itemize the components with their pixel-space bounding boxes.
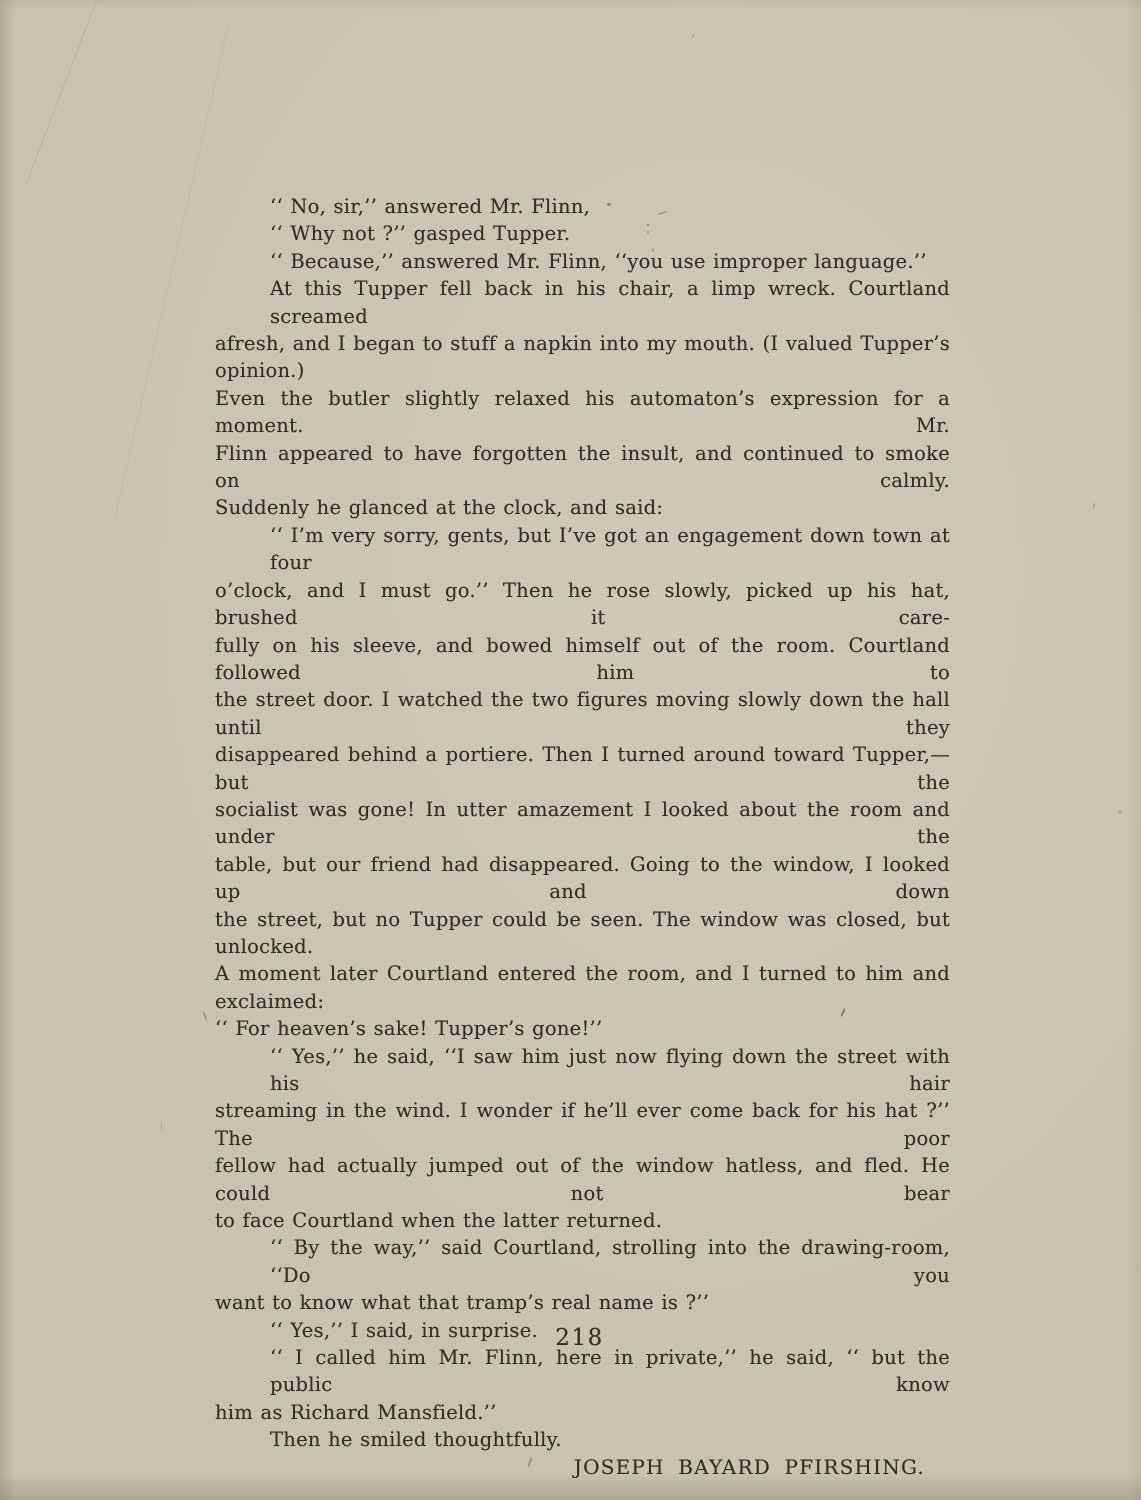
text-line: streaming in the wind. I wonder if he’ll… bbox=[215, 1097, 950, 1152]
text-line: to face Courtland when the latter return… bbox=[215, 1207, 950, 1234]
text-line: ‘‘ No, sir,’’ answered Mr. Flinn, bbox=[215, 193, 950, 220]
text-line: At this Tupper fell back in his chair, a… bbox=[215, 275, 950, 330]
paper-speck bbox=[161, 1122, 162, 1131]
text-line: the street door. I watched the two figur… bbox=[215, 686, 950, 741]
text-line: ‘‘ For heaven’s sake! Tupper’s gone!’’ bbox=[215, 1015, 950, 1042]
text-line: ‘‘ Why not ?’’ gasped Tupper. bbox=[215, 220, 950, 247]
text-line: want to know what that tramp’s real name… bbox=[215, 1289, 950, 1316]
text-line: afresh, and I began to stuff a napkin in… bbox=[215, 330, 950, 385]
text-line: Then he smiled thoughtfully. bbox=[215, 1426, 950, 1453]
text-line: fully on his sleeve, and bowed himself o… bbox=[215, 632, 950, 687]
paper-speck bbox=[1118, 810, 1122, 814]
text-line: the street, but no Tupper could be seen.… bbox=[215, 906, 950, 961]
text-line: ‘‘ I’m very sorry, gents, but I’ve got a… bbox=[215, 522, 950, 577]
body-text-block: ‘‘ No, sir,’’ answered Mr. Flinn, ‘‘ Why… bbox=[215, 193, 950, 1481]
text-line: fellow had actually jumped out of the wi… bbox=[215, 1152, 950, 1207]
text-line: socialist was gone! In utter amazement I… bbox=[215, 796, 950, 851]
text-line: Suddenly he glanced at the clock, and sa… bbox=[215, 494, 950, 521]
paper-speck bbox=[617, 1163, 620, 1166]
text-line: o’clock, and I must go.’’ Then he rose s… bbox=[215, 577, 950, 632]
page-number: 218 bbox=[0, 1325, 1141, 1351]
paper-speck bbox=[607, 203, 611, 206]
text-line: him as Richard Mansfield.’’ bbox=[215, 1399, 950, 1426]
text-line: ‘‘ I called him Mr. Flinn, here in priva… bbox=[215, 1344, 950, 1399]
text-line: table, but our friend had disappeared. G… bbox=[215, 851, 950, 906]
text-line: disappeared behind a portiere. Then I tu… bbox=[215, 741, 950, 796]
text-line: ‘‘ Yes,’’ he said, ‘‘I saw him just now … bbox=[215, 1043, 950, 1098]
author-signature: JOSEPH BAYARD PFIRSHING. bbox=[215, 1454, 950, 1481]
text-line: Even the butler slightly relaxed his aut… bbox=[215, 385, 950, 440]
paper-speck bbox=[652, 248, 654, 252]
text-line: A moment later Courtland entered the roo… bbox=[215, 960, 950, 1015]
text-line: Flinn appeared to have forgotten the ins… bbox=[215, 440, 950, 495]
text-line: ‘‘ Because,’’ answered Mr. Flinn, ‘‘you … bbox=[215, 248, 950, 275]
paper-speck bbox=[647, 224, 649, 226]
text-line: ‘‘ By the way,’’ said Courtland, strolli… bbox=[215, 1234, 950, 1289]
